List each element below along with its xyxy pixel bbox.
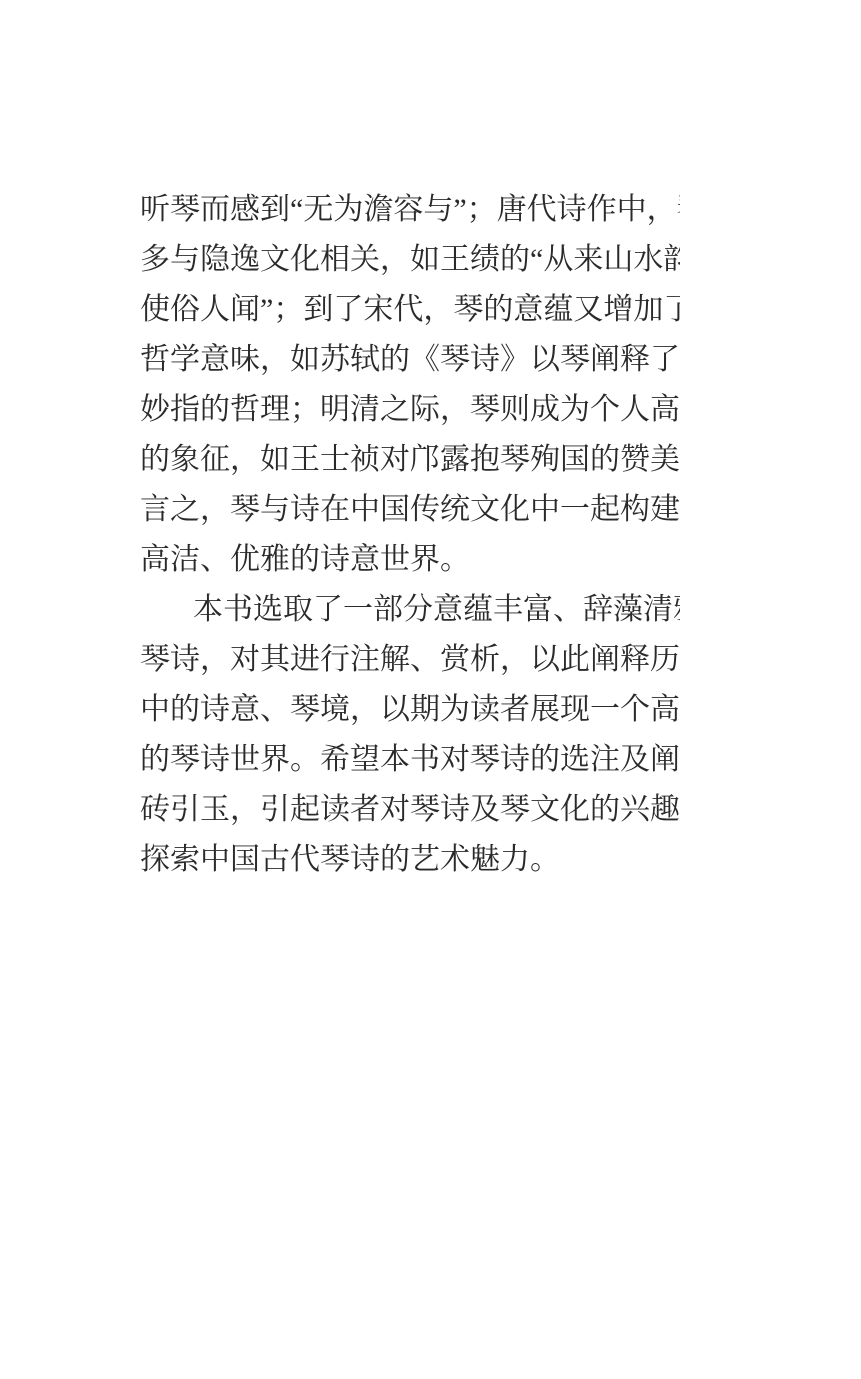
text-line: 高洁、优雅的诗意世界。 [140,535,680,585]
body-text-block: 听琴而感到“无为澹容与”；唐代诗作中，琴则 多与隐逸文化相关，如王绩的“从来山水… [140,185,680,885]
text-line: 使俗人闻”；到了宋代，琴的意蕴又增加了一些 [140,285,680,335]
text-line: 哲学意味，如苏轼的《琴诗》以琴阐释了妙音、 [140,335,680,385]
text-line: 听琴而感到“无为澹容与”；唐代诗作中，琴则 [140,185,680,235]
text-line: 琴诗，对其进行注解、赏析，以此阐释历代琴诗 [140,635,680,685]
paragraph-book-intro: 本书选取了一部分意蕴丰富、辞藻清雅的 琴诗，对其进行注解、赏析，以此阐释历代琴诗… [140,585,680,885]
paragraph-qin-history: 听琴而感到“无为澹容与”；唐代诗作中，琴则 多与隐逸文化相关，如王绩的“从来山水… [140,185,680,585]
text-line: 的象征，如王士祯对邝露抱琴殉国的赞美。总而 [140,435,680,485]
text-line: 妙指的哲理；明清之际，琴则成为个人高洁品行 [140,385,680,435]
text-line: 中的诗意、琴境，以期为读者展现一个高雅超妙 [140,685,680,735]
book-page: 听琴而感到“无为澹容与”；唐代诗作中，琴则 多与隐逸文化相关，如王绩的“从来山水… [0,0,861,1379]
text-line: 探索中国古代琴诗的艺术魅力。 [140,835,680,885]
text-line: 砖引玉，引起读者对琴诗及琴文化的兴趣，共同 [140,785,680,835]
text-line: 言之，琴与诗在中国传统文化中一起构建了一个 [140,485,680,535]
text-line: 本书选取了一部分意蕴丰富、辞藻清雅的 [140,585,680,635]
text-line: 的琴诗世界。希望本书对琴诗的选注及阐释能抛 [140,735,680,785]
text-line: 多与隐逸文化相关，如王绩的“从来山水韵，不 [140,235,680,285]
